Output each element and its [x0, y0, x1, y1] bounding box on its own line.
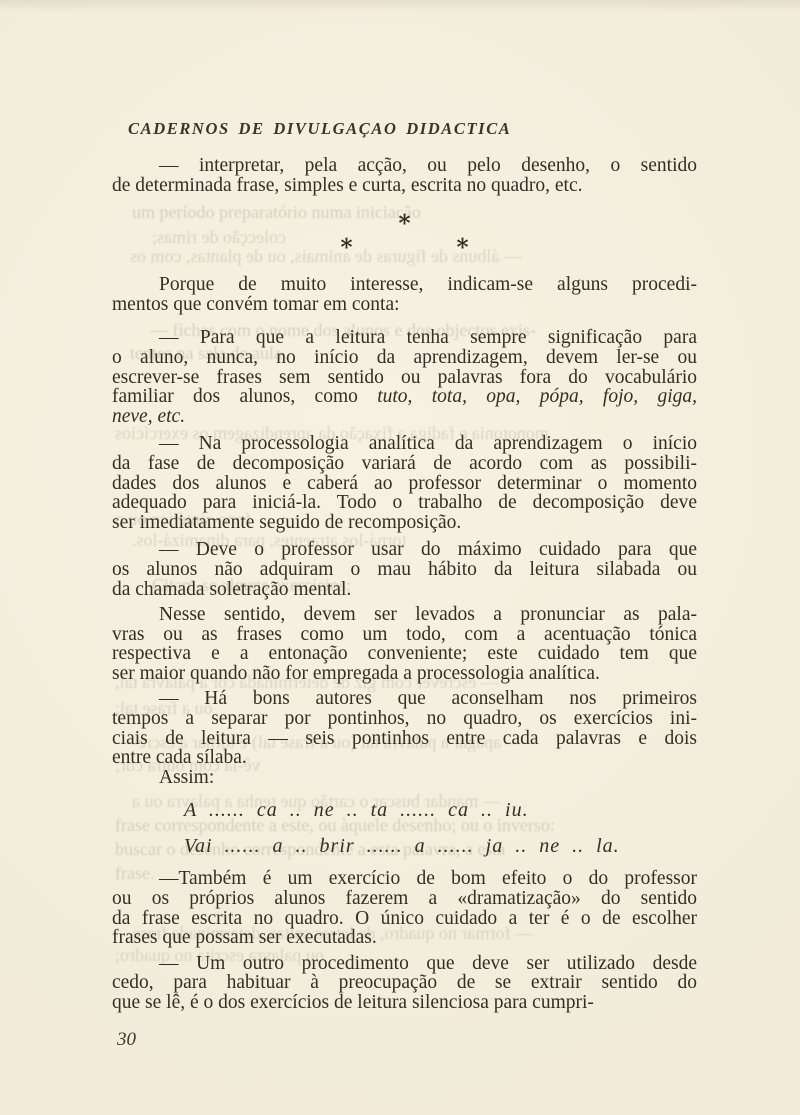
- text-line: ser imediatamente seguido de recomposiçã…: [112, 513, 697, 533]
- italic-text-run: neve, etc.: [112, 406, 185, 427]
- text-line: ser maior quando não for empregada a pro…: [112, 664, 697, 684]
- text-line: entre cada sílaba.: [112, 748, 697, 768]
- text-line: —Também é um exercício de bom efeito o d…: [112, 869, 697, 889]
- text-line: da frase escrita no quadro. O único cuid…: [112, 909, 697, 929]
- text-line: dades dos alunos e caberá ao professor d…: [112, 474, 697, 494]
- page-number: 30: [117, 1029, 136, 1051]
- text-line: — interpretar, pela acção, ou pelo desen…: [112, 156, 697, 176]
- scan-crease: [0, 0, 800, 14]
- text-line: — Na processologia analítica da aprendiz…: [112, 434, 697, 454]
- text-line: escrever-se frases sem sentido ou palavr…: [112, 368, 697, 388]
- asterisk-glyph: *: [457, 237, 469, 259]
- text-line: ou os próprios alunos fazerem a «dramati…: [112, 889, 697, 909]
- text-line: familiar dos alunos, como tuto, tota, op…: [112, 387, 697, 407]
- para-tambem: —Também é um exercício de bom efeito o d…: [112, 869, 697, 947]
- text-line: adequado para iniciá-la. Todo o trabalho…: [112, 493, 697, 513]
- page-body: — interpretar, pela acção, ou pelo desen…: [112, 156, 697, 1013]
- para-interpretar: — interpretar, pela acção, ou pelo desen…: [112, 156, 697, 195]
- text-run: familiar dos alunos, como: [112, 386, 377, 407]
- text-line: vras ou as frases como um todo, com a ac…: [112, 625, 697, 645]
- text-line: — Um outro procedimento que deve ser uti…: [112, 954, 697, 974]
- text-line: Nesse sentido, devem ser levados a pronu…: [112, 605, 697, 625]
- text-line: da chamada soletração mental.: [112, 580, 697, 600]
- asterisk-glyph: *: [398, 213, 410, 235]
- italic-text-run: tuto, tota, opa, pópa, fojo, giga,: [377, 386, 697, 407]
- text-line: da fase de decomposição variará de acord…: [112, 454, 697, 474]
- text-line: que se lê, é o dos exercícios de leitura…: [112, 993, 697, 1013]
- para-deve-professor: — Deve o professor usar do máximo cuidad…: [112, 540, 697, 599]
- para-processologia: — Na processologia analítica da aprendiz…: [112, 434, 697, 532]
- text-line: ciais de leitura — seis pontinhos entre …: [112, 729, 697, 749]
- text-line: frases que possam ser executadas.: [112, 928, 697, 948]
- para-para-que: — Para que a leitura tenha sempre signif…: [112, 328, 697, 426]
- para-nesse-sentido: Nesse sentido, devem ser levados a pronu…: [112, 605, 697, 683]
- text-line: Porque de muito interesse, indicam-se al…: [112, 275, 697, 295]
- text-line: — Para que a leitura tenha sempre signif…: [112, 328, 697, 348]
- text-line: — Há bons autores que aconselham nos pri…: [112, 689, 697, 709]
- exercise-2: Vai ...... a .. brir ...... a ...... ja …: [184, 835, 697, 857]
- book-page: um período preparatório numa iniciaçãoco…: [0, 0, 800, 1115]
- para-ha-bons: — Há bons autores que aconselham nos pri…: [112, 689, 697, 767]
- text-line: respectiva e a entonação conveniente; es…: [112, 644, 697, 664]
- text-line: mentos que convém tomar em conta:: [112, 295, 697, 315]
- asterisk-glyph: *: [340, 237, 352, 259]
- text-line: — Deve o professor usar do máximo cuidad…: [112, 540, 697, 560]
- text-line: A ...... ca .. ne .. ta ...... ca .. iu.: [184, 799, 697, 821]
- text-line: tempos a separar por pontinhos, no quadr…: [112, 709, 697, 729]
- separator-row-bottom: **: [112, 237, 697, 259]
- label-assim: Assim:: [112, 768, 697, 788]
- para-porque: Porque de muito interesse, indicam-se al…: [112, 275, 697, 314]
- text-line: Assim:: [112, 768, 697, 788]
- text-line: cedo, para habituar à preocupação de se …: [112, 973, 697, 993]
- text-line: neve, etc.: [112, 407, 697, 427]
- asterisk-separator: ***: [112, 213, 697, 259]
- text-line: o aluno, nunca, no início da aprendizage…: [112, 348, 697, 368]
- text-line: Vai ...... a .. brir ...... a ...... ja …: [184, 835, 697, 857]
- para-um-outro: — Um outro procedimento que deve ser uti…: [112, 954, 697, 1013]
- text-line: os alunos não adquiram o mau hábito da l…: [112, 560, 697, 580]
- exercise-1: A ...... ca .. ne .. ta ...... ca .. iu.: [184, 799, 697, 821]
- text-line: de determinada frase, simples e curta, e…: [112, 176, 697, 196]
- separator-row-top: *: [112, 213, 697, 235]
- running-head: CADERNOS DE DIVULGAÇAO DIDACTICA: [128, 119, 511, 139]
